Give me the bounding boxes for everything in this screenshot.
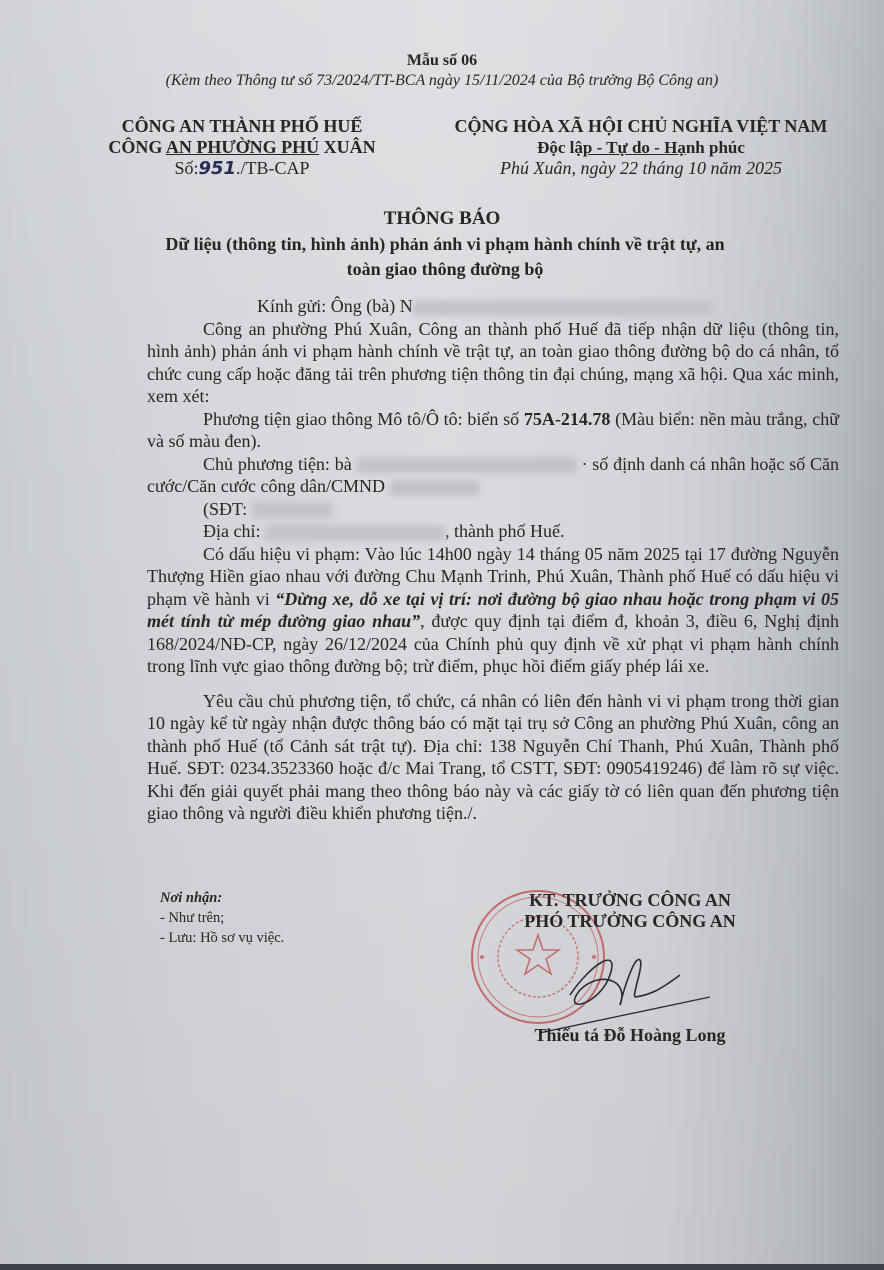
- signature-line2: PHÓ TRƯỞNG CÔNG AN: [490, 911, 770, 932]
- document-title: THÔNG BÁO: [0, 208, 884, 230]
- document-number: Số:951./TB-CAP: [82, 158, 402, 179]
- redacted-phone: [252, 502, 332, 518]
- document-subtitle: Dữ liệu (thông tin, hình ảnh) phản ánh v…: [150, 232, 740, 282]
- redacted-owner: [357, 457, 577, 473]
- paragraph-vehicle: Phương tiện giao thông Mô tô/Ô tô: biển …: [147, 408, 839, 453]
- nation-name: CỘNG HÒA XÃ HỘI CHỦ NGHĨA VIỆT NAM: [396, 116, 884, 137]
- address-suffix: , thành phố Huế.: [445, 521, 564, 541]
- address-prefix: Địa chỉ:: [203, 521, 260, 541]
- paragraph-address: Địa chỉ: , thành phố Huế.: [147, 520, 839, 543]
- motto: Độc lập - Tự do - Hạnh phúc: [396, 137, 884, 158]
- recipients-heading: Nơi nhận:: [160, 888, 284, 908]
- handwritten-signature-icon: [540, 935, 740, 1035]
- paragraph-violation: Có dấu hiệu vi phạm: Vào lúc 14h00 ngày …: [147, 543, 839, 678]
- issuer-line2-underlined: AN PHƯỜNG PHÚ: [166, 137, 319, 157]
- doc-number-suffix: ./TB-CAP: [236, 158, 310, 178]
- page-bottom-edge: [0, 1264, 884, 1270]
- signature-title-block: KT. TRƯỞNG CÔNG AN PHÓ TRƯỞNG CÔNG AN: [490, 890, 770, 932]
- paragraph-intro: Công an phường Phú Xuân, Công an thành p…: [147, 318, 839, 408]
- document-body: Kính gửi: Ông (bà) N Công an phường Phú …: [147, 295, 839, 825]
- recipient-item: - Như trên;: [160, 908, 284, 928]
- signer-name: Thiếu tá Đỗ Hoàng Long: [490, 1025, 770, 1046]
- paragraph-request: Yêu cầu chủ phương tiện, tổ chức, cá nhâ…: [147, 690, 839, 825]
- issuer-block: CÔNG AN THÀNH PHỐ HUẾ CÔNG AN PHƯỜNG PHÚ…: [82, 116, 402, 179]
- paragraph-phone: (SĐT:: [147, 498, 839, 521]
- signature-line1: KT. TRƯỞNG CÔNG AN: [490, 890, 770, 911]
- salutation-text: Kính gửi: Ông (bà) N: [257, 296, 413, 316]
- recipients-block: Nơi nhận: - Như trên; - Lưu: Hồ sơ vụ vi…: [160, 888, 284, 948]
- issuer-line2-prefix: CÔNG: [108, 137, 166, 157]
- redacted-name: [413, 300, 713, 316]
- doc-number-handwritten: 951: [198, 158, 236, 179]
- issuer-line2: CÔNG AN PHƯỜNG PHÚ XUÂN: [82, 137, 402, 158]
- form-number: Mẫu số 06: [0, 52, 884, 70]
- redacted-address: [265, 525, 445, 541]
- salutation: Kính gửi: Ông (bà) N: [147, 295, 839, 318]
- place-date: Phú Xuân, ngày 22 tháng 10 năm 2025: [396, 158, 884, 179]
- phone-prefix: (SĐT:: [203, 499, 247, 519]
- doc-number-prefix: Số:: [174, 158, 198, 178]
- paragraph-owner: Chủ phương tiện: bà · số định danh cá nh…: [147, 453, 839, 498]
- license-plate: 75A-214.78: [524, 409, 611, 429]
- recipient-item: - Lưu: Hồ sơ vụ việc.: [160, 928, 284, 948]
- form-reference: (Kèm theo Thông tư số 73/2024/TT-BCA ngà…: [0, 72, 884, 90]
- vehicle-prefix: Phương tiện giao thông Mô tô/Ô tô: biển …: [203, 409, 524, 429]
- nation-block: CỘNG HÒA XÃ HỘI CHỦ NGHĨA VIỆT NAM Độc l…: [396, 116, 884, 179]
- owner-prefix: Chủ phương tiện: bà: [203, 454, 352, 474]
- redacted-id: [390, 480, 480, 496]
- motto-part2: nh phúc: [686, 138, 745, 157]
- motto-part1: Độc lậ: [537, 138, 583, 157]
- issuer-line2-suffix: XUÂN: [319, 137, 376, 157]
- issuer-line1: CÔNG AN THÀNH PHỐ HUẾ: [82, 116, 402, 137]
- motto-underlined: p - Tự do - Hạ: [583, 138, 686, 157]
